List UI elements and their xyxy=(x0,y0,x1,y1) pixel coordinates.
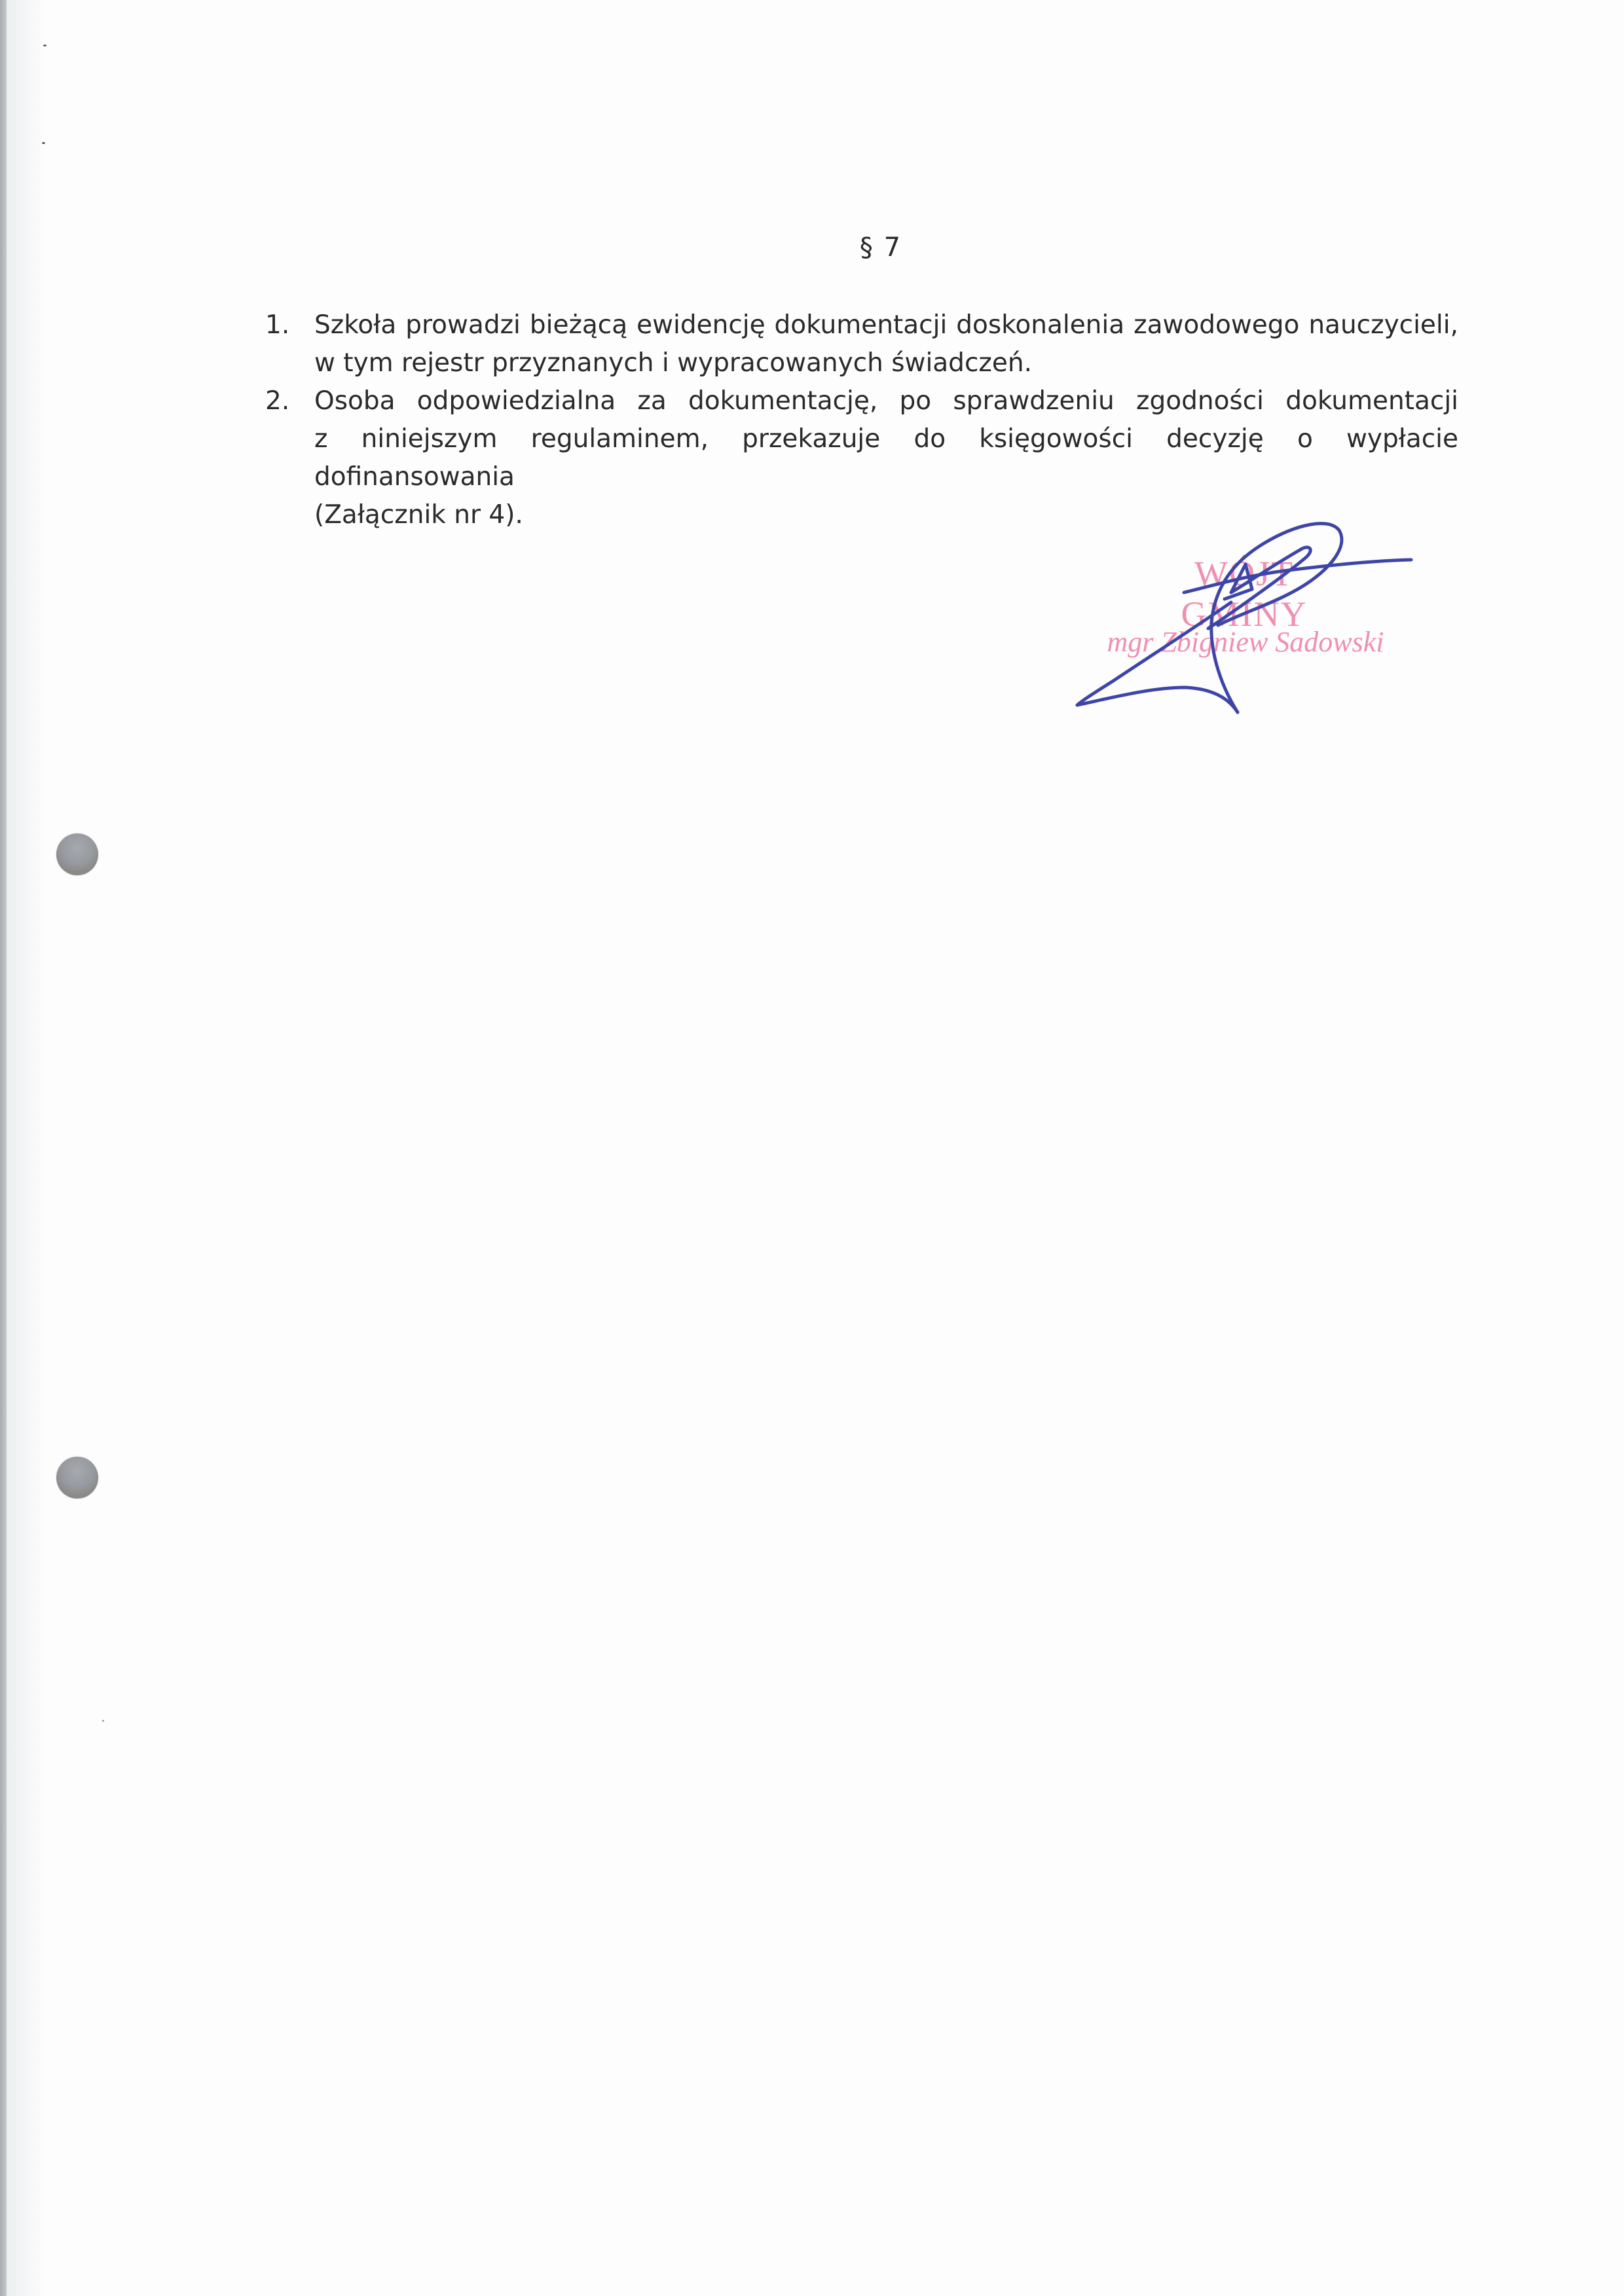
punch-hole-bottom xyxy=(56,1457,98,1499)
numbered-list: 1. Szkoła prowadzi bieżącą ewidencję dok… xyxy=(265,306,1458,534)
item-line: Osoba odpowiedzialna za dokumentację, po… xyxy=(314,382,1458,420)
item-text: Osoba odpowiedzialna za dokumentację, po… xyxy=(314,382,1458,534)
scan-speck xyxy=(43,45,46,46)
item-number: 2. xyxy=(265,382,314,534)
list-item-1: 1. Szkoła prowadzi bieżącą ewidencję dok… xyxy=(265,306,1458,382)
list-item-2: 2. Osoba odpowiedzialna za dokumentację,… xyxy=(265,382,1458,534)
item-text: Szkoła prowadzi bieżącą ewidencję dokume… xyxy=(314,306,1458,382)
scan-speck xyxy=(102,1720,104,1722)
punch-hole-top xyxy=(56,833,98,875)
item-line: w tym rejestr przyznanych i wypracowanyc… xyxy=(314,344,1458,382)
stamp-title: WÓJT GMINY xyxy=(1133,553,1356,634)
scan-edge-shadow xyxy=(7,0,46,2296)
scan-edge-strip xyxy=(0,0,7,2296)
section-heading: § 7 xyxy=(0,232,1624,263)
item-line: (Załącznik nr 4). xyxy=(314,496,1458,534)
item-line: Szkoła prowadzi bieżącą ewidencję dokume… xyxy=(314,306,1458,344)
scan-speck xyxy=(42,142,45,144)
item-line: z niniejszym regulaminem, przekazuje do … xyxy=(314,420,1458,496)
item-number: 1. xyxy=(265,306,314,382)
stamp-name: mgr Zbigniew Sadowski xyxy=(1095,625,1396,659)
